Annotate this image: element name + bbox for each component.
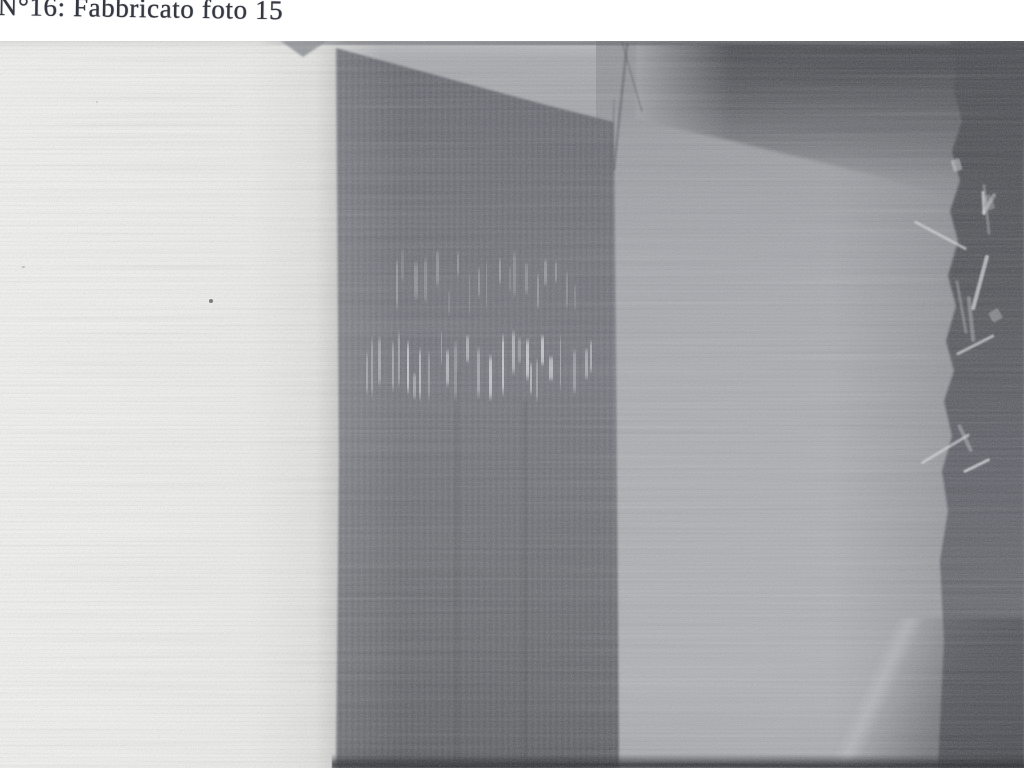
- scanline-texture: [0, 41, 1024, 768]
- building-photo: [0, 41, 1024, 768]
- photo-caption: N°16: Fabbricato foto 15: [0, 0, 283, 26]
- caption-bar: N°16: Fabbricato foto 15: [0, 0, 1024, 41]
- scanned-document-page: N°16: Fabbricato foto 15: [0, 0, 1024, 768]
